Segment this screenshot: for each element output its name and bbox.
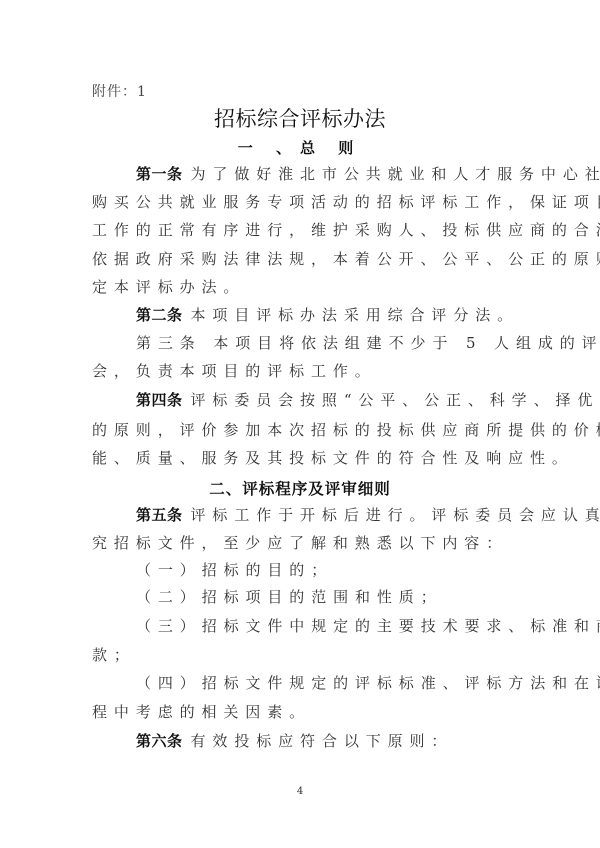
article-2-label: 第二条 (136, 306, 183, 324)
article-6-label: 第六条 (136, 732, 183, 750)
list-item-4-line-2: 程中考虑的相关因素。 (92, 702, 512, 722)
page-number: 4 (0, 786, 600, 797)
attachment-label: 附件：1 (92, 81, 147, 101)
article-4-label: 第四条 (136, 391, 183, 409)
list-item-3-line-2: 款； (92, 645, 512, 665)
list-item-1: （一）招标的目的； (136, 560, 556, 580)
article-1-line-4: 依据政府采购法律法规，本着公开、公平、公正的原则，制 (92, 249, 512, 269)
article-1-label: 第一条 (136, 165, 183, 183)
section-heading-general: 一 、总 则 (0, 137, 600, 158)
article-3-line-2: 会，负责本项目的评标工作。 (92, 361, 512, 381)
section-heading-procedure: 二、评标程序及评审细则 (0, 477, 600, 499)
article-5-line-2: 究招标文件，至少应了解和熟悉以下内容： (92, 533, 512, 553)
article-6: 第六条有效投标应符合以下原则： (136, 731, 556, 751)
article-3-line-1: 第三条 本项目将依法组建不少于 5 人组成的评标委员 (136, 333, 556, 353)
list-item-3-line-1: （三）招标文件中规定的主要技术要求、标准和商务条 (136, 616, 556, 636)
article-4-line-1: 第四条评标委员会按照“公平、公正、科学、择优” (136, 390, 556, 410)
article-5-line-1: 第五条评标工作于开标后进行。评标委员会应认真研 (136, 505, 556, 525)
article-1-line-1: 第一条为了做好淮北市公共就业和人才服务中心社会 (136, 164, 556, 184)
article-1-line-5: 定本评标办法。 (92, 277, 512, 297)
article-2: 第二条本项目评标办法采用综合评分法。 (136, 305, 556, 325)
article-4-line-2: 的原则，评价参加本次招标的投标供应商所提供的价格、性 (92, 420, 512, 440)
document-title: 招标综合评标办法 (0, 103, 600, 133)
article-4-line-3: 能、质量、服务及其投标文件的符合性及响应性。 (92, 448, 512, 468)
article-1-line-3: 工作的正常有序进行，维护采购人、投标供应商的合法权益， (92, 220, 512, 240)
article-5-label: 第五条 (136, 506, 183, 524)
article-1-line-2: 购买公共就业服务专项活动的招标评标工作，保证项目评审 (92, 192, 512, 212)
list-item-2: （二）招标项目的范围和性质； (136, 587, 556, 607)
list-item-4-line-1: （四）招标文件规定的评标标准、评标方法和在评标过 (136, 673, 556, 693)
